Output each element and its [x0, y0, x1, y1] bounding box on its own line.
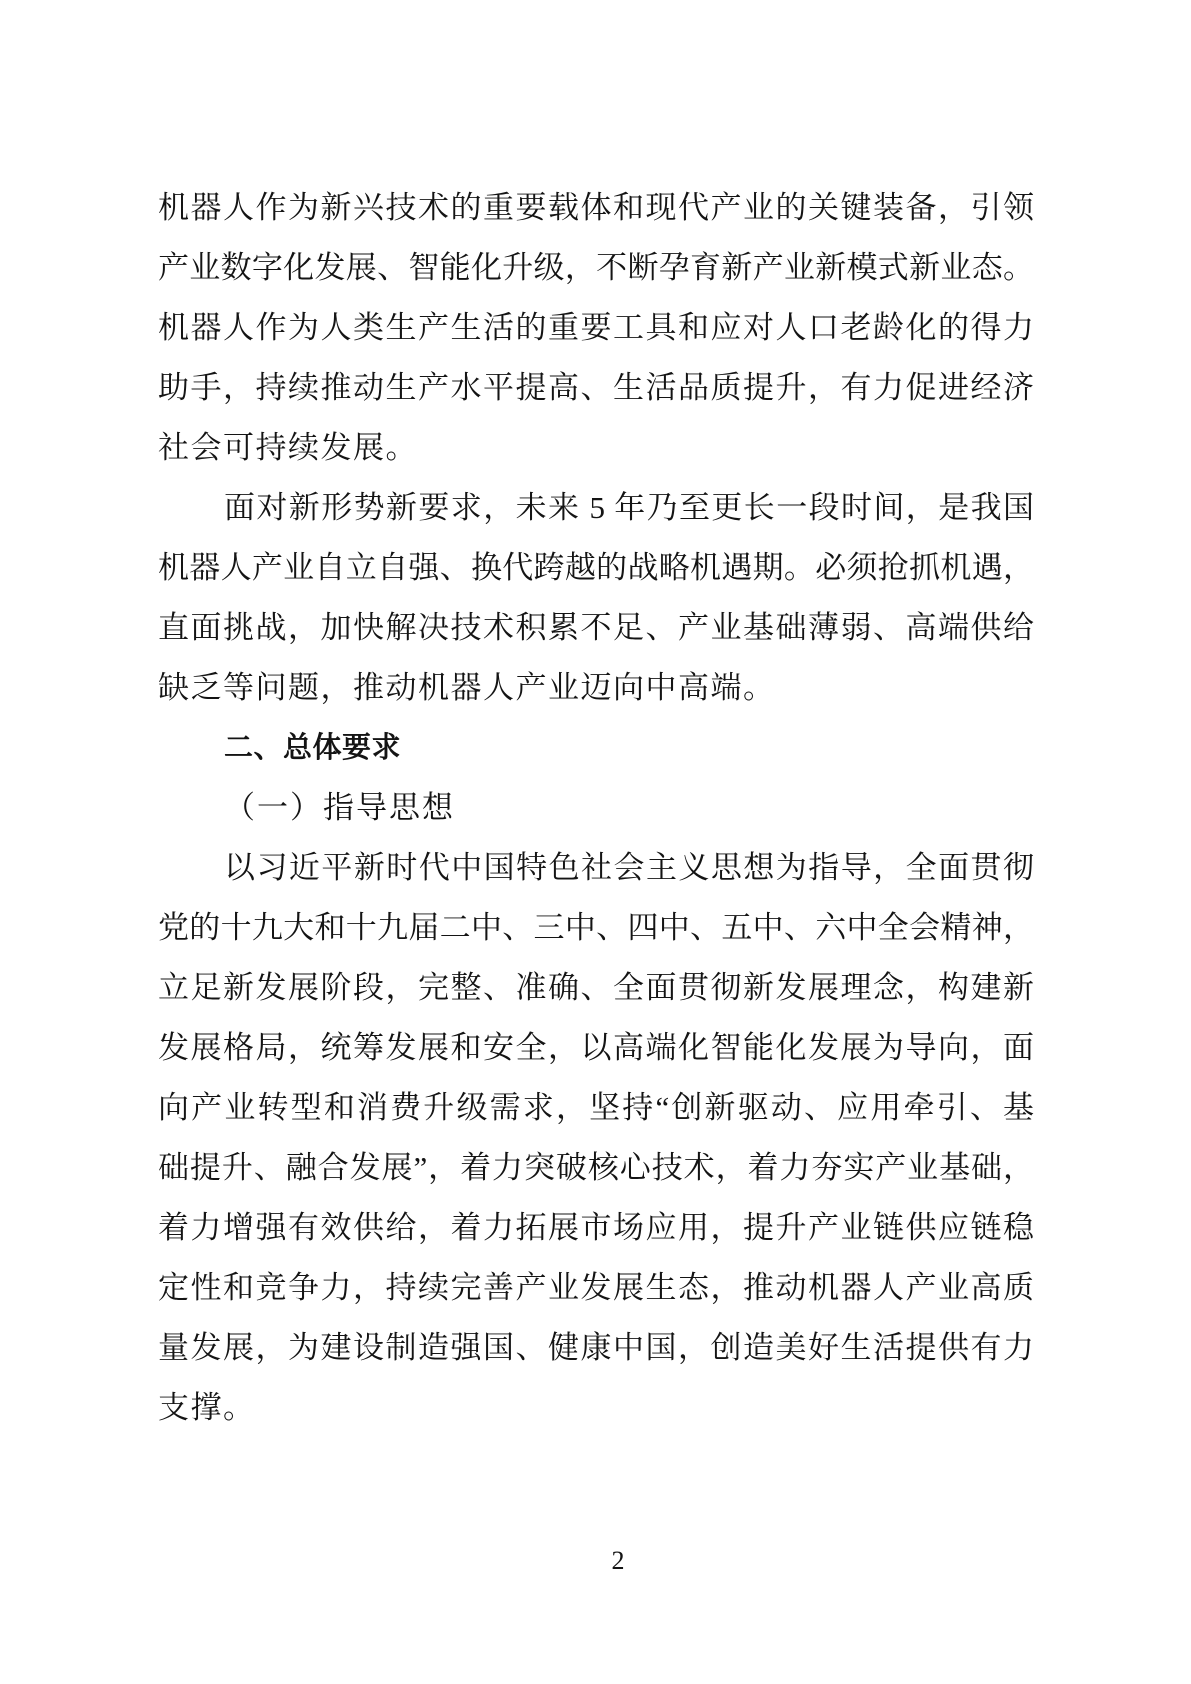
paragraph-line: 定性和竞争力，持续完善产业发展生态，推动机器人产业高质 [158, 1258, 1034, 1318]
paragraph-line-first: 以习近平新时代中国特色社会主义思想为指导，全面贯彻 [158, 838, 1034, 898]
paragraph-line-first: 面对新形势新要求，未来 5 年乃至更长一段时间，是我国 [158, 478, 1034, 538]
paragraph-line: 党的十九大和十九届二中、三中、四中、五中、六中全会精神， [158, 898, 1034, 958]
document-page: 机器人作为新兴技术的重要载体和现代产业的关键装备，引领 产业数字化发展、智能化升… [0, 0, 1191, 1684]
subsection-heading: （一）指导思想 [158, 778, 1034, 838]
paragraph-line: 机器人作为人类生产生活的重要工具和应对人口老龄化的得力 [158, 298, 1034, 358]
page-number: 2 [158, 1544, 1034, 1578]
paragraph-line: 机器人产业自立自强、换代跨越的战略机遇期。必须抢抓机遇， [158, 538, 1034, 598]
paragraph-line-last: 社会可持续发展。 [158, 418, 1034, 478]
paragraph-line: 产业数字化发展、智能化升级，不断孕育新产业新模式新业态。 [158, 238, 1034, 298]
paragraph-line: 机器人作为新兴技术的重要载体和现代产业的关键装备，引领 [158, 178, 1034, 238]
paragraph-line: 直面挑战，加快解决技术积累不足、产业基础薄弱、高端供给 [158, 598, 1034, 658]
paragraph-line: 助手，持续推动生产水平提高、生活品质提升，有力促进经济 [158, 358, 1034, 418]
paragraph-line: 发展格局，统筹发展和安全，以高端化智能化发展为导向，面 [158, 1018, 1034, 1078]
paragraph-line: 着力增强有效供给，着力拓展市场应用，提升产业链供应链稳 [158, 1198, 1034, 1258]
section-heading: 二、总体要求 [158, 718, 1034, 778]
paragraph-line: 向产业转型和消费升级需求，坚持“创新驱动、应用牵引、基 [158, 1078, 1034, 1138]
paragraph-line: 立足新发展阶段，完整、准确、全面贯彻新发展理念，构建新 [158, 958, 1034, 1018]
paragraph-line-last: 缺乏等问题，推动机器人产业迈向中高端。 [158, 658, 1034, 718]
paragraph-line-last: 支撑。 [158, 1378, 1034, 1438]
document-body: 机器人作为新兴技术的重要载体和现代产业的关键装备，引领 产业数字化发展、智能化升… [158, 178, 1034, 1438]
paragraph-line: 量发展，为建设制造强国、健康中国，创造美好生活提供有力 [158, 1318, 1034, 1378]
paragraph-line: 础提升、融合发展”，着力突破核心技术，着力夯实产业基础， [158, 1138, 1034, 1198]
